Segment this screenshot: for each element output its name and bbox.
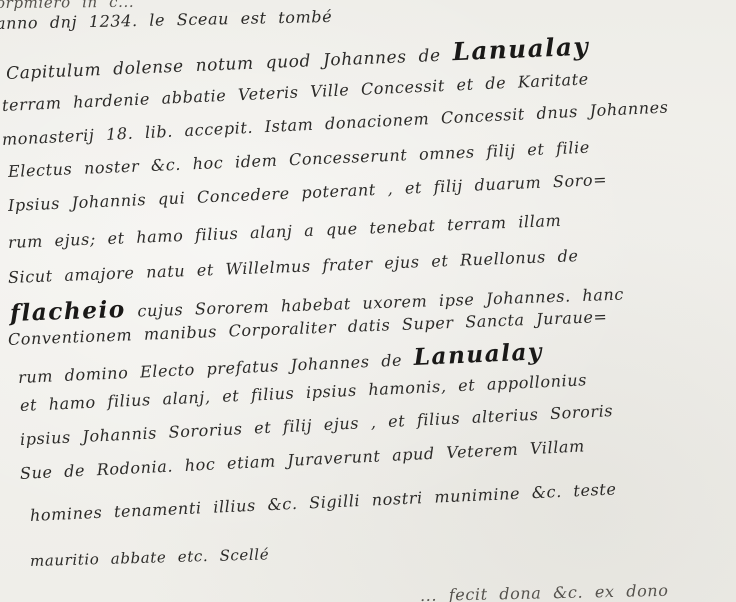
emphasized-name: Lanualay bbox=[413, 338, 543, 371]
line-text: mauritio abbate etc. Scellé bbox=[30, 545, 270, 570]
line-text: ... fecit dona &c. ex dono bbox=[420, 581, 669, 602]
line-text: Sicut amajore natu et Willelmus frater e… bbox=[8, 246, 579, 287]
line-text: homines tenamenti illius &c. Sigilli nos… bbox=[30, 479, 617, 525]
manuscript-line: homines tenamenti illius &c. Sigilli nos… bbox=[30, 479, 617, 525]
manuscript-line: ... fecit dona &c. ex dono bbox=[420, 581, 669, 602]
manuscript-line: Sicut amajore natu et Willelmus frater e… bbox=[8, 246, 579, 287]
emphasized-name: Lanualay bbox=[452, 32, 590, 67]
manuscript-line: rum ejus; et hamo filius alanj a que ten… bbox=[8, 211, 562, 252]
emphasized-name: flacheio bbox=[10, 296, 127, 327]
line-text: orpmiero in c... bbox=[0, 0, 134, 12]
manuscript-line: orpmiero in c... bbox=[0, 0, 134, 12]
manuscript-page: orpmiero in c...anno dnj 1234. le Sceau … bbox=[0, 0, 736, 602]
manuscript-line: mauritio abbate etc. Scellé bbox=[30, 545, 270, 570]
line-text: rum ejus; et hamo filius alanj a que ten… bbox=[8, 211, 562, 252]
